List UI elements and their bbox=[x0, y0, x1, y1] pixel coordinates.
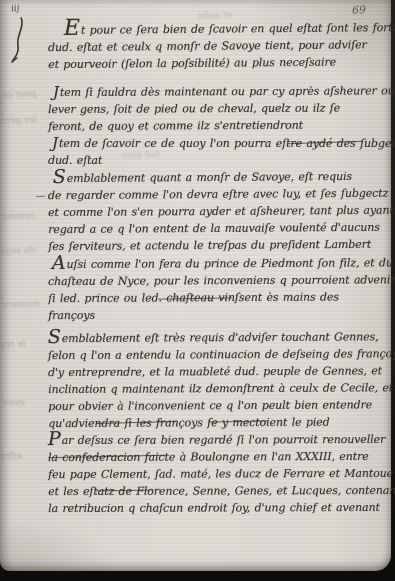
text-line: feront, de quoy et comme ilz s'entretien… bbox=[48, 116, 386, 135]
text-line: ſelon q l'on a entendu la continuacion d… bbox=[48, 345, 386, 364]
text-run: ar deſsus ce ſera bien regardé ſi l'on p… bbox=[62, 433, 386, 447]
text-run: uſsi comme l'on fera du prince de Piedmo… bbox=[66, 256, 392, 271]
paragraph: Auſsi comme l'on fera du prince de Piedm… bbox=[48, 254, 386, 324]
manuscript-page: pour ce les gens et auſsi comme du pays … bbox=[0, 0, 391, 571]
bleedthrough-text: le roy bbox=[0, 340, 26, 351]
paragraph: Semblablement eſt très requis d'adviſer … bbox=[48, 328, 387, 432]
paragraph: Jtem ſi fauldra dès maintenant ou par cy… bbox=[48, 82, 386, 135]
text-line: Auſsi comme l'on fera du prince de Piedm… bbox=[48, 254, 386, 273]
paragraph: Et pour ce ſera bien de ſcavoir en quel … bbox=[48, 19, 386, 73]
manuscript-text: Et pour ce ſera bien de ſcavoir en quel … bbox=[48, 22, 386, 517]
bleedthrough-text: eſtre bbox=[0, 452, 22, 463]
text-run: tem de ſcavoir ce de quoy l'on pourra eſ… bbox=[59, 137, 395, 150]
text-line: Jtem de ſcavoir ce de quoy l'on pourra e… bbox=[48, 135, 386, 152]
initial-letter: P bbox=[48, 434, 61, 444]
text-line: Par deſsus ce ſera bien regardé ſi l'on … bbox=[48, 431, 386, 449]
bleedthrough-text: comme bbox=[2, 211, 35, 222]
margin-dash-mark bbox=[36, 196, 45, 198]
bleedthrough-text: maniere bbox=[2, 299, 40, 310]
paragraph: Semblablement quant a monſr de Savoye, e… bbox=[48, 168, 387, 255]
text-line: lever gens, ſoit de pied ou de cheval, q… bbox=[48, 99, 386, 118]
text-line: Jtem ſi fauldra dès maintenant ou par cy… bbox=[48, 82, 386, 101]
text-run: t pour ce ſera bien de ſcavoir en quel e… bbox=[81, 21, 395, 37]
quire-mark: iij bbox=[10, 3, 20, 14]
text-line: et pourveoir (ſelon la poſsibilité) au p… bbox=[48, 53, 386, 73]
text-line: Semblablement eſt très requis d'adviſer … bbox=[48, 328, 386, 347]
text-line: dud. eſtat bbox=[48, 152, 386, 169]
initial-letter: S bbox=[48, 332, 61, 342]
paragraph: Jtem de ſcavoir ce de quoy l'on pourra e… bbox=[48, 135, 386, 169]
text-run: tem ſi fauldra dès maintenant ou par cy … bbox=[60, 84, 395, 99]
bleedthrough-text: pour ce bbox=[2, 89, 37, 100]
text-line: inclination q maintenant ilz demonſtrent… bbox=[48, 379, 386, 398]
initial-letter: J bbox=[53, 87, 59, 97]
bleedthrough-text: du pays bbox=[0, 245, 35, 256]
initial-letter: E bbox=[64, 24, 80, 34]
bleedthrough-text: les gens bbox=[0, 115, 37, 126]
text-line: françoys bbox=[48, 305, 386, 324]
manuscript-scan: pour ce les gens et auſsi comme du pays … bbox=[0, 0, 395, 581]
bleedthrough-text: avoir bbox=[2, 398, 25, 409]
text-line: la retribucion q chaſcun endroit ſoy, d'… bbox=[48, 499, 386, 517]
paragraph: Par deſsus ce ſera bien regardé ſi l'on … bbox=[48, 431, 386, 517]
initial-letter: A bbox=[52, 258, 66, 268]
text-line: d'y entreprendre, et la muableté dud. pe… bbox=[48, 362, 386, 381]
text-line: ſes ſerviteurs, et actendu le treſpas du… bbox=[48, 236, 386, 255]
text-line: feu pape Clement, ſad. maté, les ducz de… bbox=[48, 465, 386, 483]
folio-number: 69 bbox=[352, 2, 387, 17]
text-line: chaſteau de Nyce, pour les inconveniens … bbox=[48, 271, 386, 290]
pen-flourish-icon bbox=[7, 16, 29, 66]
text-line: pour obvier à l'inconvenient ce q l'on p… bbox=[48, 396, 386, 415]
text-run: emblablement quant a monſr de Savoye, eſ… bbox=[67, 170, 352, 185]
text-run: emblablement eſt très requis d'adviſer t… bbox=[62, 330, 379, 345]
initial-letter: J bbox=[52, 138, 58, 148]
initial-letter: S bbox=[53, 172, 66, 182]
